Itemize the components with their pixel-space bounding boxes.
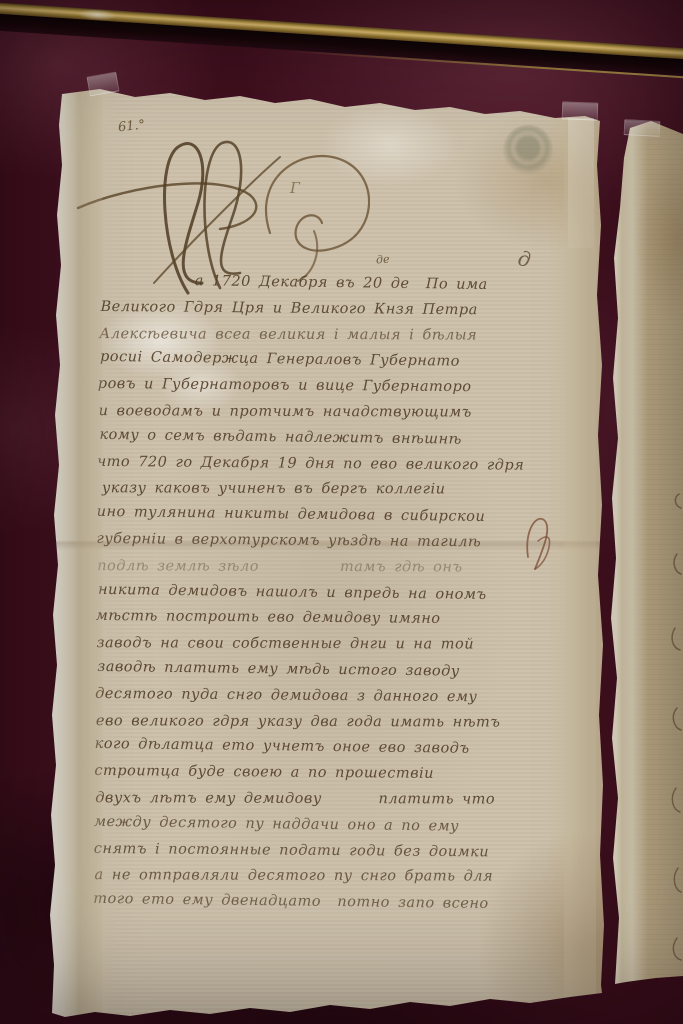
manuscript-line: того ето ему двенадцато потно запо всено <box>93 887 571 919</box>
museum-photo-stage: 61.° Г де д а 1720 Декабря въ 20 де По и… <box>0 0 683 1024</box>
manuscript-line: двухъ лѣтъ ему демидову платить что <box>95 786 573 813</box>
manuscript-line: что 720 го Декабря 19 дня по ево великог… <box>97 449 575 479</box>
manuscript-text-block: а 1720 Декабря въ 20 де По имаВеликого Г… <box>93 269 577 918</box>
tape-strip <box>624 119 661 137</box>
faint-ink-strokes <box>665 488 683 978</box>
marginal-paraph-icon <box>518 509 554 575</box>
tape-strip-vertical <box>568 118 594 248</box>
manuscript-line: мѣстѣ построить ево демидову имяно <box>96 604 574 634</box>
line-end-flourish: д <box>516 246 532 272</box>
manuscript-line: ровъ и Губернаторовъ и вице Губернаторо <box>98 372 576 402</box>
date-superscript: де <box>376 253 390 267</box>
manuscript-line: подлѣ землѣ зѣло тамъ гдѣ онъ <box>97 554 575 581</box>
manuscript-page: 61.° Г де д а 1720 Декабря въ 20 де По и… <box>40 85 625 1020</box>
manuscript-line: снятъ і постоянные подати годи без доимк… <box>94 836 572 866</box>
manuscript-line: заводъ на свои собственные днги и на той <box>97 631 575 658</box>
manuscript-line: и воеводамъ и протчимъ начадствующимъ <box>99 399 577 426</box>
manuscript-line: Великого Гдря Цря и Великого Кнзя Петра <box>98 295 576 325</box>
tape-band-left <box>76 85 102 1020</box>
manuscript-line: строитца буде своею а по прошествіи <box>94 759 572 789</box>
manuscript-line: губерніи в верхотурскомъ уѣздѣ на тагилѣ <box>96 527 574 557</box>
round-stamp-icon <box>503 125 553 175</box>
monogram-letter-g: Г <box>290 179 300 197</box>
manuscript-line: десятого пуда снго демидова з данного ем… <box>95 682 573 712</box>
frame-gold-molding <box>0 2 683 84</box>
adjacent-page <box>606 118 683 990</box>
